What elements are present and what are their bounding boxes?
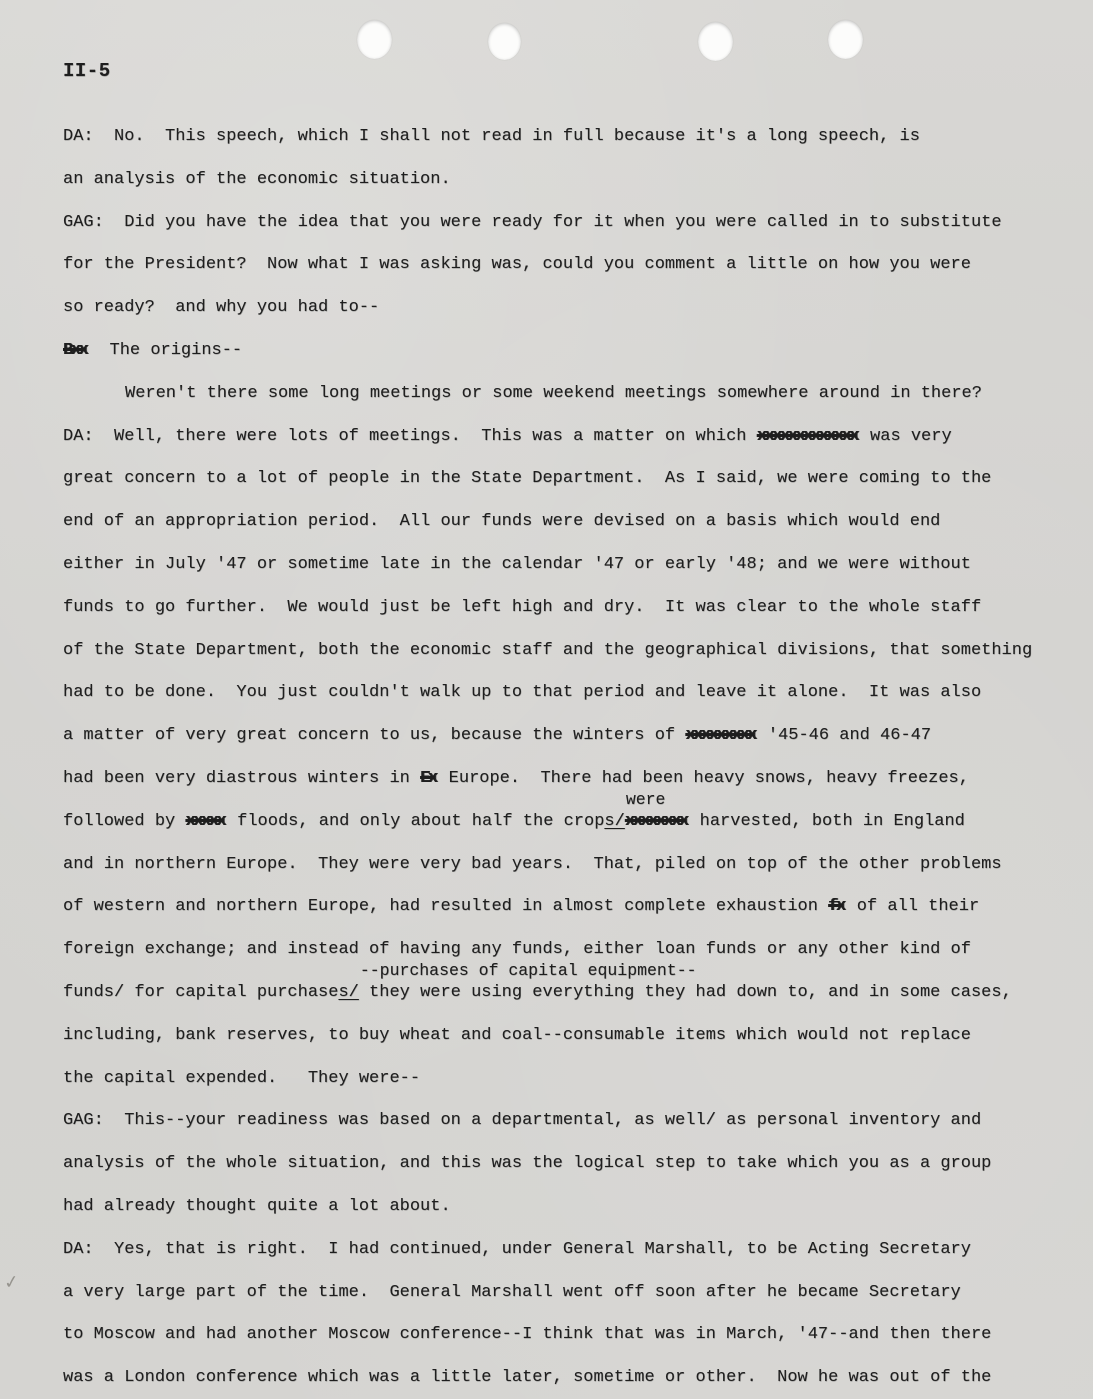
text-segment: Weren't there some long meetings or some… [125, 384, 982, 403]
text-segment: DA: Yes, that is right. I had continued,… [63, 1240, 971, 1259]
text-line: analysis of the whole situation, and thi… [63, 1143, 1063, 1186]
text-segment: Europe. There had been heavy snows, heav… [438, 769, 969, 788]
text-segment: The origins-- [89, 341, 242, 360]
text-segment: DA: No. This speech, which I shall not r… [63, 127, 920, 146]
text-segment: foreign exchange; and instead of having … [63, 940, 971, 959]
text-segment: a very large part of the time. General M… [63, 1283, 961, 1302]
text-segment: of all their [847, 897, 980, 916]
text-segment: had already thought quite a lot about. [63, 1197, 451, 1216]
text-segment: was very [860, 427, 952, 446]
text-segment: harvested, both in England [689, 812, 964, 831]
text-line: funds to go further. We would just be le… [63, 587, 1063, 630]
text-segment: GAG: Did you have the idea that you were… [63, 213, 1002, 232]
text-segment: had to be done. You just couldn't walk u… [63, 683, 981, 702]
text-line: the capital expended. They were-- [63, 1058, 1063, 1101]
page-number-label: II-5 [63, 60, 111, 82]
text-line: great concern to a lot of people in the … [63, 458, 1063, 501]
text-segment: followed by [63, 812, 185, 831]
text-line: a very large part of the time. General M… [63, 1272, 1063, 1315]
underlined-text: s/ [604, 812, 624, 831]
text-line: GAG: This--your readiness was based on a… [63, 1100, 1063, 1143]
text-line: funds/ for capital purchases/--purchases… [63, 972, 1063, 1015]
text-line: of the State Department, both the econom… [63, 630, 1063, 673]
text-segment: was a London conference which was a litt… [63, 1368, 991, 1387]
text-line: had been very diastrous winters in Ex Eu… [63, 758, 1063, 801]
text-segment: for the President? Now what I was asking… [63, 255, 971, 274]
text-line: Weren't there some long meetings or some… [63, 373, 1063, 416]
text-line: so ready? and why you had to-- [63, 287, 1063, 330]
text-segment: end of an appropriation period. All our … [63, 512, 940, 531]
text-segment: they were using everything they had down… [359, 983, 1012, 1002]
transcript-body: DA: No. This speech, which I shall not r… [63, 116, 1063, 1399]
text-line: DA: Well, there were lots of meetings. T… [63, 416, 1063, 459]
text-segment: analysis of the whole situation, and thi… [63, 1154, 991, 1173]
text-line: Bxx The origins-- [63, 330, 1063, 373]
text-segment: of western and northern Europe, had resu… [63, 897, 828, 916]
text-segment: and in northern Europe. They were very b… [63, 855, 1002, 874]
text-segment: the capital expended. They were-- [63, 1069, 420, 1088]
text-segment: had been very diastrous winters in [63, 769, 420, 788]
text-line: to Moscow and had another Moscow confere… [63, 1314, 1063, 1357]
text-segment: DA: Well, there were lots of meetings. T… [63, 427, 757, 446]
text-line: had to be done. You just couldn't walk u… [63, 672, 1063, 715]
inserted-text-above: --purchases of capital equipment-- [360, 963, 697, 979]
struck-text: xxxxxxxx [625, 812, 687, 831]
inserted-text-above: were [626, 792, 666, 808]
text-segment: '45-46 and 46-47 [758, 726, 931, 745]
struck-text: Bxx [63, 341, 86, 360]
text-line: and in northern Europe. They were very b… [63, 844, 1063, 887]
text-segment: an analysis of the economic situation. [63, 170, 451, 189]
margin-check-mark: ✓ [3, 1271, 21, 1294]
punch-hole [357, 20, 392, 59]
struck-text: xxxxxxxxxxxxx [757, 427, 857, 446]
punch-hole [488, 23, 521, 60]
punch-hole [828, 20, 863, 59]
text-line: end of an appropriation period. All our … [63, 501, 1063, 544]
text-line: an analysis of the economic situation. [63, 159, 1063, 202]
text-line: for the President? Now what I was asking… [63, 244, 1063, 287]
text-line: was a London conference which was a litt… [63, 1357, 1063, 1399]
text-segment: so ready? and why you had to-- [63, 298, 379, 317]
text-segment: including, bank reserves, to buy wheat a… [63, 1026, 971, 1045]
document-page: II-5 DA: No. This speech, which I shall … [0, 0, 1093, 1399]
struck-text: Ex [420, 769, 435, 788]
punch-hole [698, 22, 733, 61]
underlined-text: s/ [338, 983, 358, 1002]
struck-text: xxxxxxxxx [685, 726, 754, 745]
text-line: GAG: Did you have the idea that you were… [63, 202, 1063, 245]
text-line: DA: Yes, that is right. I had continued,… [63, 1229, 1063, 1272]
struck-text: xxxxx [185, 812, 224, 831]
text-segment: of the State Department, both the econom… [63, 641, 1032, 660]
text-segment: to Moscow and had another Moscow confere… [63, 1325, 991, 1344]
text-segment: great concern to a lot of people in the … [63, 469, 991, 488]
text-line: followed by xxxxx floods, and only about… [63, 801, 1063, 844]
text-segment: floods, and only about half the crop [227, 812, 604, 831]
text-segment: a matter of very great concern to us, be… [63, 726, 685, 745]
text-line: of western and northern Europe, had resu… [63, 886, 1063, 929]
text-line: either in July '47 or sometime late in t… [63, 544, 1063, 587]
text-line: had already thought quite a lot about. [63, 1186, 1063, 1229]
text-segment: funds to go further. We would just be le… [63, 598, 981, 617]
text-segment: funds/ for capital purchase [63, 983, 338, 1002]
text-segment: GAG: This--your readiness was based on a… [63, 1111, 981, 1130]
text-segment: either in July '47 or sometime late in t… [63, 555, 971, 574]
text-line: a matter of very great concern to us, be… [63, 715, 1063, 758]
text-line: DA: No. This speech, which I shall not r… [63, 116, 1063, 159]
struck-text: fx [828, 897, 843, 916]
text-line: including, bank reserves, to buy wheat a… [63, 1015, 1063, 1058]
